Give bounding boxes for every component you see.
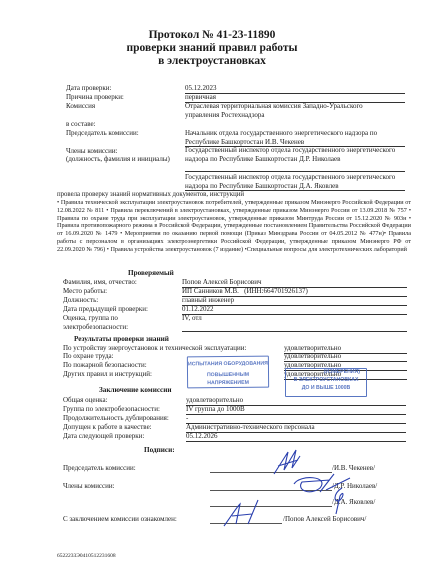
stamp-text: ДО И ВЫШЕ 1000В xyxy=(286,384,366,392)
result-label-4: Других правил и инструкций: xyxy=(63,370,152,379)
stamp-text: ИСПЫТАНИЯ ОБОРУДОВАНИЯ xyxy=(188,360,268,369)
date-label: Дата проверки: xyxy=(66,84,111,93)
work-label: Место работы: xyxy=(63,287,107,296)
reason-label: Причина проверки: xyxy=(66,93,124,102)
documents-list: • Правила технической эксплуатации элект… xyxy=(57,199,411,254)
results-heading: Результаты проверки знаний xyxy=(74,335,169,343)
duration-label: Продолжительность дублирования: xyxy=(63,414,169,423)
protocol-title: Протокол № 41-23-11890 xyxy=(0,29,424,42)
protocol-subtitle-2: в электроустановках xyxy=(0,55,424,68)
member1-value: Государственный инспектор отдела государ… xyxy=(185,146,405,172)
grade-label: Оценка, группа по xyxy=(63,314,118,323)
next-check-value: 05.12.2026 xyxy=(186,432,406,442)
overall-label: Общая оценка: xyxy=(63,396,108,405)
stamp-text: (ИЗМЕРЕНИЯ) xyxy=(286,369,366,376)
grade-label-2: электробезопасности: xyxy=(63,323,128,332)
name-label: Фамилия, имя, отчество: xyxy=(63,278,137,287)
conclusion-heading: Заключение комиссии xyxy=(99,386,172,394)
examinee-signature-icon xyxy=(222,498,262,528)
result-label-2: По охране труда: xyxy=(63,352,114,361)
prev-check-label: Дата предыдущей проверки: xyxy=(63,305,148,314)
composition-label: в составе: xyxy=(66,120,96,129)
members-sublabel: (должность, фамилия и инициалы) xyxy=(66,155,170,164)
signatures-heading: Подписи: xyxy=(144,446,175,454)
chairman-value: Начальник отдела государственного энерге… xyxy=(185,129,405,147)
group-label: Группа по электробезопасности: xyxy=(63,405,160,414)
next-check-label: Дата следующей проверки: xyxy=(63,432,144,441)
acknowledged-label: С заключением комиссии ознакомлен: xyxy=(63,515,177,524)
sign-members-label: Члены комиссии: xyxy=(63,482,115,491)
document-code: 6522233Э0410512231608 xyxy=(57,553,116,559)
position-label: Должность: xyxy=(63,296,98,305)
examinee-name: /Попов Алексей Борисович/ xyxy=(283,515,366,524)
lab-stamp-right: (ИЗМЕРЕНИЯ) В ЭЛЕКТРОУСТАНОВКАХ ДО И ВЫШ… xyxy=(285,368,367,397)
examinee-heading: Проверяемый xyxy=(128,269,174,277)
commission-value: Отраслевая территориальная комиссия Запа… xyxy=(185,102,385,119)
admitted-label: Допущен к работе в качестве: xyxy=(63,423,152,432)
sign-chairman-label: Председатель комиссии: xyxy=(63,464,136,473)
stamp-text: В ЭЛЕКТРОУСТАНОВКАХ xyxy=(286,376,366,384)
member2-signature-icon xyxy=(328,486,350,516)
result-label-3: По пожарной безопасности: xyxy=(63,361,147,370)
member2-value: Государственный инспектор отдела государ… xyxy=(185,173,405,191)
stamp-text: ПОВЫШЕННЫМ НАПРЯЖЕНИЕМ xyxy=(188,371,268,388)
protocol-subtitle: проверки знаний правил работы xyxy=(0,42,424,55)
chairman-label: Председатель комиссии: xyxy=(66,129,139,138)
lab-stamp-left: ИСПЫТАНИЯ ОБОРУДОВАНИЯ ПОВЫШЕННЫМ НАПРЯЖ… xyxy=(187,356,269,389)
commission-label: Комиссия xyxy=(66,102,95,111)
grade-value: IV, отл xyxy=(182,314,407,332)
